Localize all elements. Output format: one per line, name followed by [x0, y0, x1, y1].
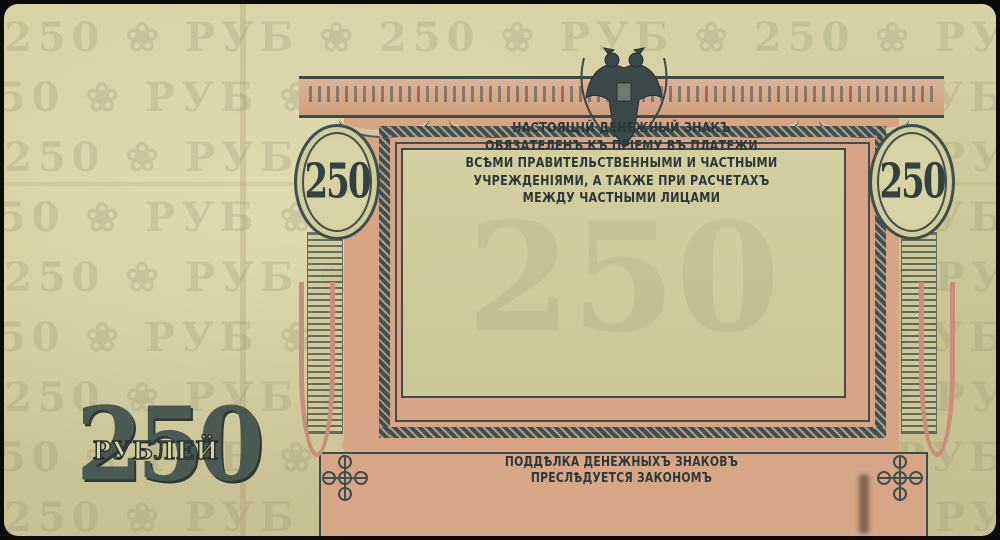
panel-watermark: 250 — [403, 190, 844, 366]
left-corner-medallion: 250 — [294, 124, 380, 240]
warning-line: ПОДДѢЛКА ДЕНЕЖНЫХЪ ЗНАКОВЪ — [316, 455, 928, 471]
main-legend: НАСТОЯЩІЙ ДЕНЕЖНЫЙ ЗНАКЪ ОБЯЗАТЕЛЕНЪ КЪ … — [419, 120, 825, 208]
warning-line: ПРЕСЛѢДУЕТСЯ ЗАКОНОМЪ — [316, 471, 928, 487]
banknote: 250 ❀ РУБ ❀ 250 ❀ РУБ ❀ 250 ❀ РУБ ❀ 250 … — [4, 4, 996, 536]
denomination-word: РУБЛЕЙ — [76, 436, 236, 465]
ornamental-frame: 250 250 250 НАСТОЯЩІ — [289, 42, 954, 517]
counterfeit-warning: ПОДДѢЛКА ДЕНЕЖНЫХЪ ЗНАКОВЪ ПРЕСЛѢДУЕТСЯ … — [316, 455, 928, 487]
ink-stain — [859, 474, 869, 534]
legend-line: УЧРЕЖДЕНІЯМИ, А ТАКЖЕ ПРИ РАСЧЕТАХЪ — [419, 173, 825, 191]
legend-line: МЕЖДУ ЧАСТНЫМИ ЛИЦАМИ — [419, 190, 825, 208]
corner-value: 250 — [880, 154, 945, 210]
denomination-block: 250 РУБЛЕЙ — [76, 396, 236, 496]
legend-line: ВСѢМИ ПРАВИТЕЛЬСТВЕННЫМИ И ЧАСТНЫМИ — [419, 155, 825, 173]
corner-value: 250 — [305, 154, 370, 210]
right-ribbon — [919, 282, 955, 457]
legend-line: ОБЯЗАТЕЛЕНЪ КЪ ПРІЕМУ ВЪ ПЛАТЕЖИ — [419, 138, 825, 156]
left-ribbon — [299, 282, 335, 457]
legend-line: НАСТОЯЩІЙ ДЕНЕЖНЫЙ ЗНАКЪ — [419, 120, 825, 138]
right-corner-medallion: 250 — [869, 124, 955, 240]
